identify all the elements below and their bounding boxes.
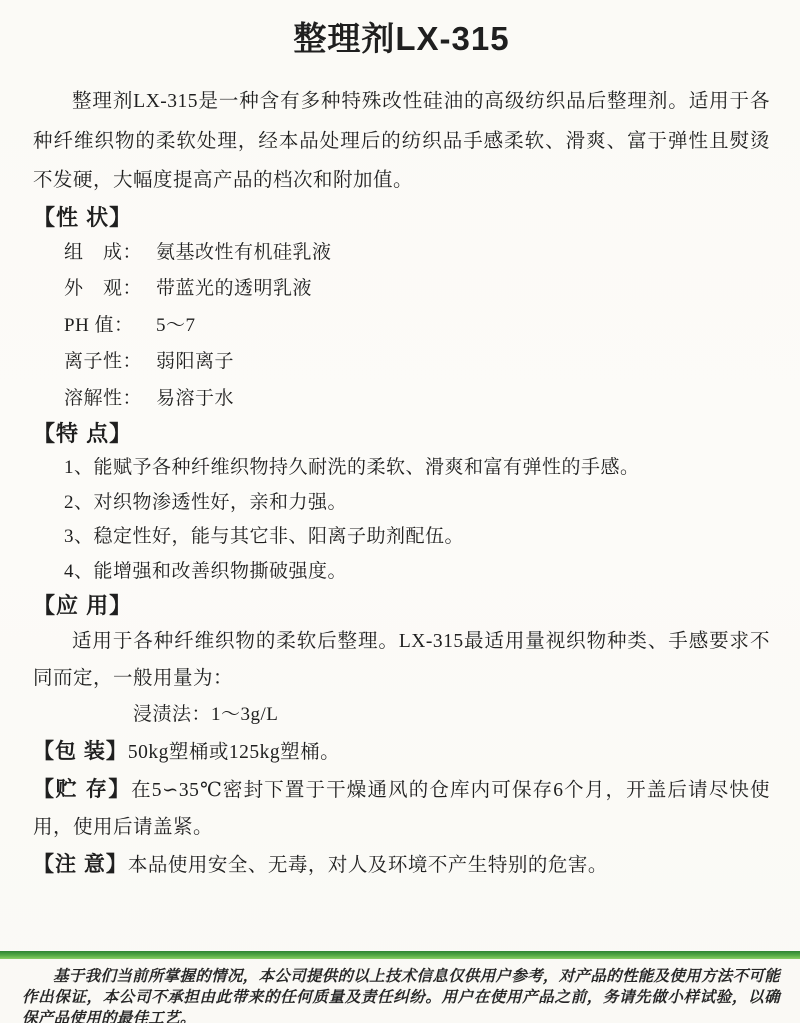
datasheet-page: 整理剂LX-315 整理剂LX-315是一种含有多种特殊改性硅油的高级纺织品后整… — [0, 0, 800, 1023]
property-row: 溶解性：易溶于水 — [33, 381, 770, 418]
property-label: 外 观： — [64, 271, 156, 308]
property-label: 组 成： — [64, 235, 156, 272]
property-row: PH 值：5～7 — [33, 308, 770, 345]
feature-item: 2、对织物渗透性好，亲和力强。 — [33, 486, 770, 521]
property-value: 带蓝光的透明乳液 — [156, 278, 312, 299]
section-heading-storage: 【贮 存】 — [33, 778, 131, 801]
intro-paragraph: 整理剂LX-315是一种含有多种特殊改性硅油的高级纺织品后整理剂。适用于各种纤维… — [33, 82, 770, 201]
application-paragraph: 适用于各种纤维织物的柔软后整理。LX-315最适用量视织物种类、手感要求不同而定… — [33, 623, 770, 697]
section-heading-application: 【应 用】 — [33, 589, 770, 623]
green-divider — [0, 951, 800, 959]
property-row: 组 成：氨基改性有机硅乳液 — [33, 235, 770, 272]
caution-text: 本品使用安全、无毒，对人及环境不产生特别的危害。 — [128, 855, 608, 876]
property-value: 氨基改性有机硅乳液 — [156, 242, 332, 263]
packaging-line: 【包 装】50kg塑桶或125kg塑桶。 — [33, 733, 770, 771]
feature-item: 1、能赋予各种纤维织物持久耐洗的柔软、滑爽和富有弹性的手感。 — [33, 451, 770, 486]
section-heading-packaging: 【包 装】 — [33, 740, 128, 763]
dosage-line: 浸渍法：1～3g/L — [133, 697, 770, 733]
disclaimer-footer: 基于我们当前所掌握的情况，本公司提供的以上技术信息仅供用户参考，对产品的性能及使… — [22, 966, 780, 1023]
storage-line: 【贮 存】在5∽35℃密封下置于干燥通风的仓库内可保存6个月，开盖后请尽快使用，… — [33, 771, 770, 846]
feature-item: 3、稳定性好，能与其它非、阳离子助剂配伍。 — [33, 520, 770, 555]
property-row: 外 观：带蓝光的透明乳液 — [33, 271, 770, 308]
property-label: 溶解性： — [64, 381, 156, 418]
caution-line: 【注 意】本品使用安全、无毒，对人及环境不产生特别的危害。 — [33, 846, 770, 884]
property-label: 离子性： — [64, 344, 156, 381]
packaging-text: 50kg塑桶或125kg塑桶。 — [128, 742, 340, 763]
section-heading-properties: 【性 状】 — [33, 201, 770, 235]
property-row: 离子性：弱阳离子 — [33, 344, 770, 381]
section-heading-caution: 【注 意】 — [33, 853, 128, 876]
features-list: 1、能赋予各种纤维织物持久耐洗的柔软、滑爽和富有弹性的手感。 2、对织物渗透性好… — [33, 451, 770, 589]
property-value: 5～7 — [156, 315, 196, 336]
property-value: 易溶于水 — [156, 388, 234, 409]
storage-text: 在5∽35℃密封下置于干燥通风的仓库内可保存6个月，开盖后请尽快使用，使用后请盖… — [33, 780, 770, 838]
property-value: 弱阳离子 — [156, 351, 234, 372]
page-title: 整理剂LX-315 — [33, 16, 770, 62]
property-label: PH 值： — [64, 308, 156, 345]
section-heading-features: 【特 点】 — [33, 417, 770, 451]
properties-list: 组 成：氨基改性有机硅乳液 外 观：带蓝光的透明乳液 PH 值：5～7 离子性：… — [33, 235, 770, 418]
feature-item: 4、能增强和改善织物撕破强度。 — [33, 555, 770, 590]
